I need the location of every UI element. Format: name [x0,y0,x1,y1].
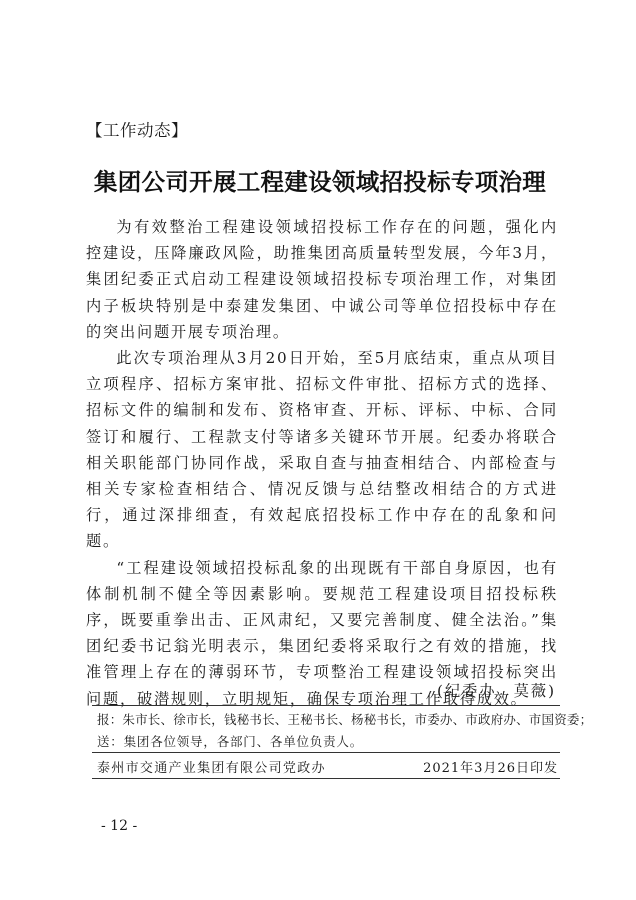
page-number: - 12 - [101,818,137,834]
section-tag: 【工作动态】 [86,117,188,141]
paragraph: 为有效整治工程建设领域招投标工作存在的问题，强化内控建设，压降廉政风险，助推集团… [86,214,558,345]
divider-bottom [92,778,560,779]
send-to-line: 送：集团各位领导，各部门、各单位负责人。 [97,732,363,750]
document-page: 【工作动态】 集团公司开展工程建设领域招投标专项治理 为有效整治工程建设领域招投… [0,0,636,900]
divider-middle [92,752,560,753]
author-signature: (纪委办 莫薇) [437,680,556,701]
article-body: 为有效整治工程建设领域招投标工作存在的问题，强化内控建设，压降廉政风险，助推集团… [86,214,558,712]
divider-top [92,705,560,706]
report-to-line: 报：朱市长、徐市长，钱秘书长、王秘书长、杨秘书长，市委办、市政府办、市国资委； [97,710,592,728]
issuer-name: 泰州市交通产业集团有限公司党政办 [97,757,326,776]
issue-date: 2021年3月26日印发 [423,757,558,776]
paragraph: 此次专项治理从3月20日开始，至5月底结束，重点从项目立项程序、招标方案审批、招… [86,345,558,555]
article-headline: 集团公司开展工程建设领域招投标专项治理 [80,163,560,197]
